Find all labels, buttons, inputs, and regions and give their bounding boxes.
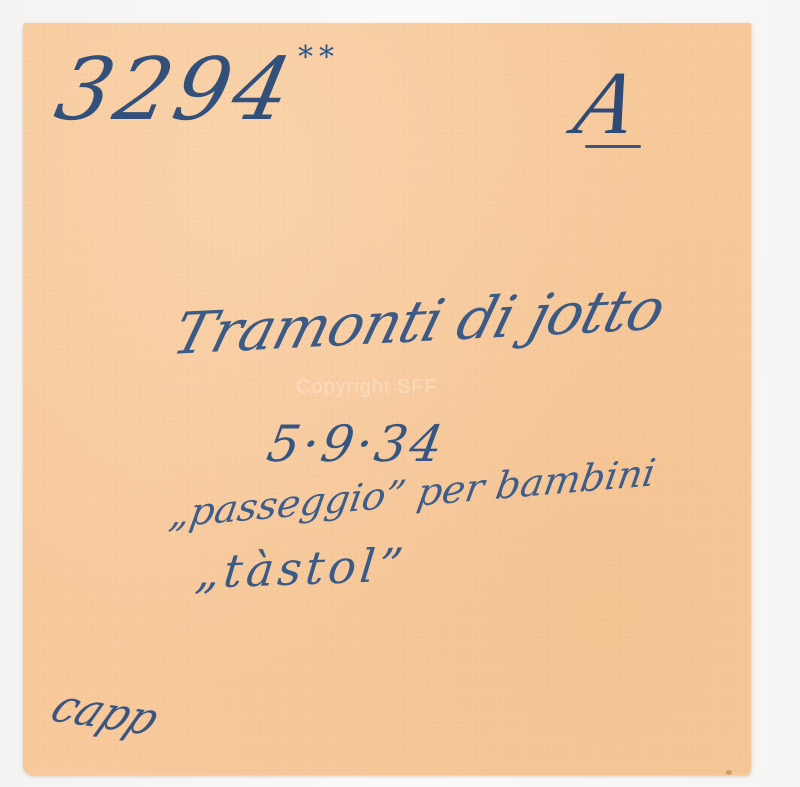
card-date: 5·9·34 (263, 415, 450, 473)
catalog-number: 3294 (47, 40, 303, 140)
photo-background: 3294 ** A Tramonti di jotto Copyright SF… (0, 0, 800, 787)
star-marks-icon: ** (298, 40, 340, 75)
series-letter-underline (585, 145, 641, 148)
stain-spot (726, 770, 732, 775)
copyright-watermark: Copyright SFF (296, 376, 438, 399)
card-name: „tàstol” (193, 538, 409, 599)
